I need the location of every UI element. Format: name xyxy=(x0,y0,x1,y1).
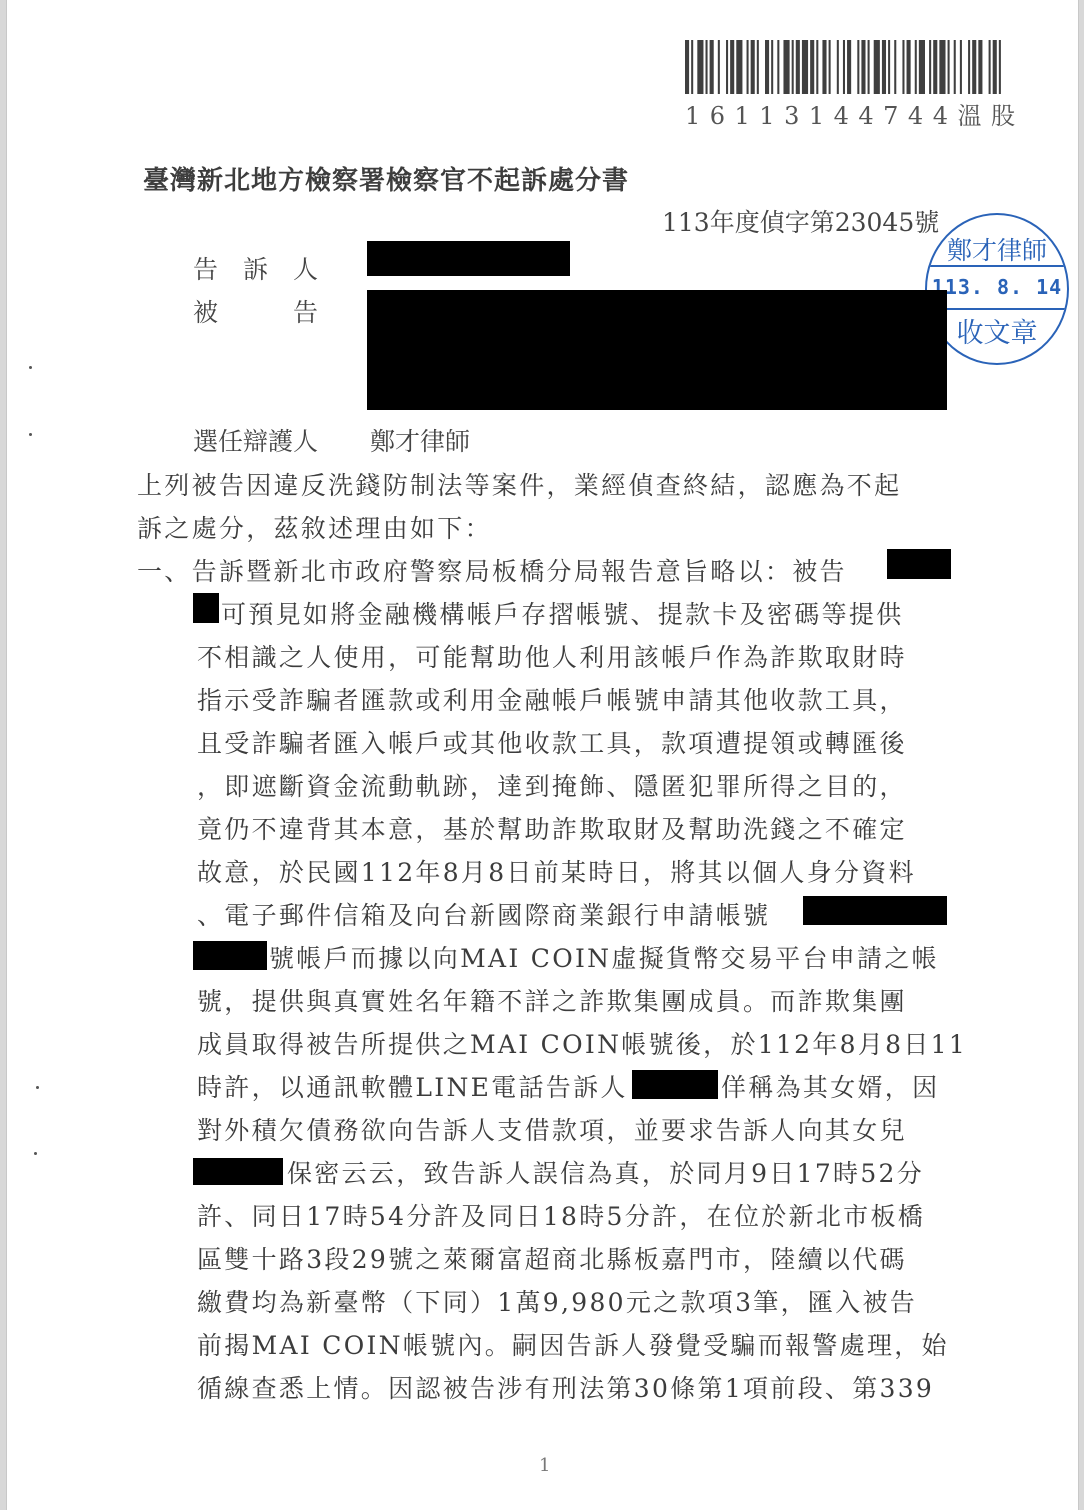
complainant-label: 告 訴 人 xyxy=(193,250,318,286)
redaction-account-number xyxy=(803,896,947,925)
body-line: 循線查悉上情。因認被告涉有刑法第30條第1項前段、第339 xyxy=(197,1369,934,1405)
body-line: 竟仍不違背其本意，基於幫助詐欺取財及幫助洗錢之不確定 xyxy=(197,810,907,846)
scan-speck xyxy=(29,433,32,436)
defendant-label: 被 告 xyxy=(193,293,318,329)
body-line: ，即遮斷資金流動軌跡，達到掩飾、隱匿犯罪所得之目的， xyxy=(197,767,907,803)
body-line: 保密云云，致告訴人誤信為真，於同月9日17時52分 xyxy=(287,1154,924,1190)
body-line: 上列被告因違反洗錢防制法等案件，業經偵查終結，認應為不起 xyxy=(137,466,901,502)
barcode-digits: 16113144744 xyxy=(685,102,957,130)
body-line: 繳費均為新臺幣（下同）1萬9,980元之款項3筆，匯入被告 xyxy=(197,1283,917,1319)
stamp-divider xyxy=(927,308,1067,310)
section-heading-line: 一、告訴暨新北市政府警察局板橋分局報告意旨略以：被告 xyxy=(137,552,847,588)
counsel-name: 鄭才律師 xyxy=(370,422,470,458)
barcode-bar xyxy=(1001,40,1005,94)
scan-speck xyxy=(34,1152,37,1155)
redaction-defendant-name xyxy=(193,593,219,623)
stamp-name: 鄭才律師 xyxy=(927,231,1067,267)
body-line: 成員取得被告所提供之MAI COIN帳號後，於112年8月8日11 xyxy=(197,1025,967,1061)
body-line: 訴之處分，茲敘述理由如下： xyxy=(137,509,492,545)
body-line: 指示受詐騙者匯款或利用金融帳戶帳號申請其他收款工具， xyxy=(197,681,907,717)
stamp-label: 收文章 xyxy=(927,311,1067,350)
scan-speck xyxy=(29,366,32,369)
body-line: 、電子郵件信箱及向台新國際商業銀行申請帳號 xyxy=(197,896,770,932)
body-line: 且受詐騙者匯入帳戶或其他收款工具，款項遭提領或轉匯後 xyxy=(197,724,907,760)
redaction-daughter-name xyxy=(193,1158,283,1185)
body-line: 故意，於民國112年8月8日前某時日，將其以個人身分資料 xyxy=(197,853,916,889)
scan-speck xyxy=(36,1086,39,1089)
document-page: 16113144744溫股 臺灣新北地方檢察署檢察官不起訴處分書 113年度偵字… xyxy=(6,0,1079,1510)
body-line: 前揭MAI COIN帳號內。嗣因告訴人發覺受騙而報警處理，始 xyxy=(197,1326,949,1362)
redaction-account-number xyxy=(193,941,267,970)
page-number: 1 xyxy=(539,1455,550,1476)
stamp-divider xyxy=(927,265,1067,267)
case-number: 113年度偵字第23045號 xyxy=(662,203,939,239)
body-line: 區雙十路3段29號之萊爾富超商北縣板嘉門市，陸續以代碼 xyxy=(197,1240,907,1276)
barcode xyxy=(685,40,1084,94)
body-line: 號，提供與真實姓名年籍不詳之詐欺集團成員。而詐欺集團 xyxy=(197,982,907,1018)
document-title: 臺灣新北地方檢察署檢察官不起訴處分書 xyxy=(143,160,629,197)
body-line: 佯稱為其女婿，因 xyxy=(721,1068,939,1104)
redaction-defendant-info xyxy=(367,290,947,410)
barcode-suffix: 溫股 xyxy=(957,102,1024,130)
barcode-number: 16113144744溫股 xyxy=(685,96,1024,131)
counsel-label: 選任辯護人 xyxy=(193,422,318,458)
body-line: 對外積欠債務欲向告訴人支借款項，並要求告訴人向其女兒 xyxy=(197,1111,907,1147)
body-line: 可預見如將金融機構帳戶存摺帳號、提款卡及密碼等提供 xyxy=(221,595,904,631)
redaction-complainant-name xyxy=(632,1070,718,1099)
stamp-date: 113. 8. 14 xyxy=(927,275,1067,299)
body-line: 時許，以通訊軟體LINE電話告訴人 xyxy=(197,1068,628,1104)
body-line: 許、同日17時54分許及同日18時5分許，在位於新北市板橋 xyxy=(197,1197,925,1233)
redaction-defendant-name xyxy=(887,549,951,579)
redaction-complainant-name xyxy=(367,241,570,276)
body-line: 號帳戶而據以向MAI COIN虛擬貨幣交易平台申請之帳 xyxy=(269,939,939,975)
body-line: 不相識之人使用，可能幫助他人利用該帳戶作為詐欺取財時 xyxy=(197,638,907,674)
